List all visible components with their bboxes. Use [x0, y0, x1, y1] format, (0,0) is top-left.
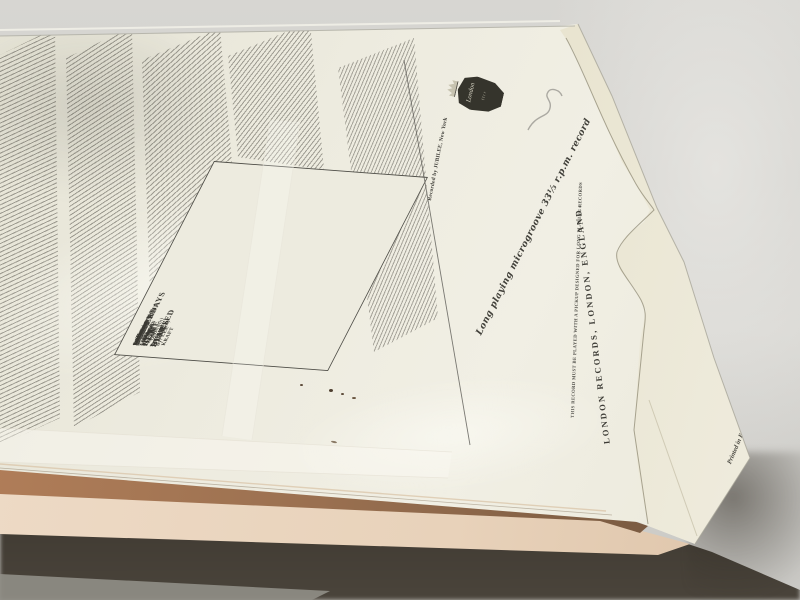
dirt-speck: [352, 397, 356, 399]
recorded-by-line: Recorded by JUBILEE, New York: [420, 103, 457, 214]
dirt-speck: [329, 389, 333, 392]
crown-icon: [445, 79, 458, 97]
logo-text: London: [464, 75, 478, 110]
shield-icon: London ffrr: [454, 73, 506, 116]
dirt-speck: [341, 393, 344, 395]
paper-glare: [284, 361, 615, 509]
logo-subtext: ffrr: [477, 78, 490, 112]
dirt-speck: [300, 384, 303, 386]
photo-of-lp-sleeve: SIDE ONE YESTERDAYS (Jerome Kern-Otto Ha…: [0, 0, 800, 600]
